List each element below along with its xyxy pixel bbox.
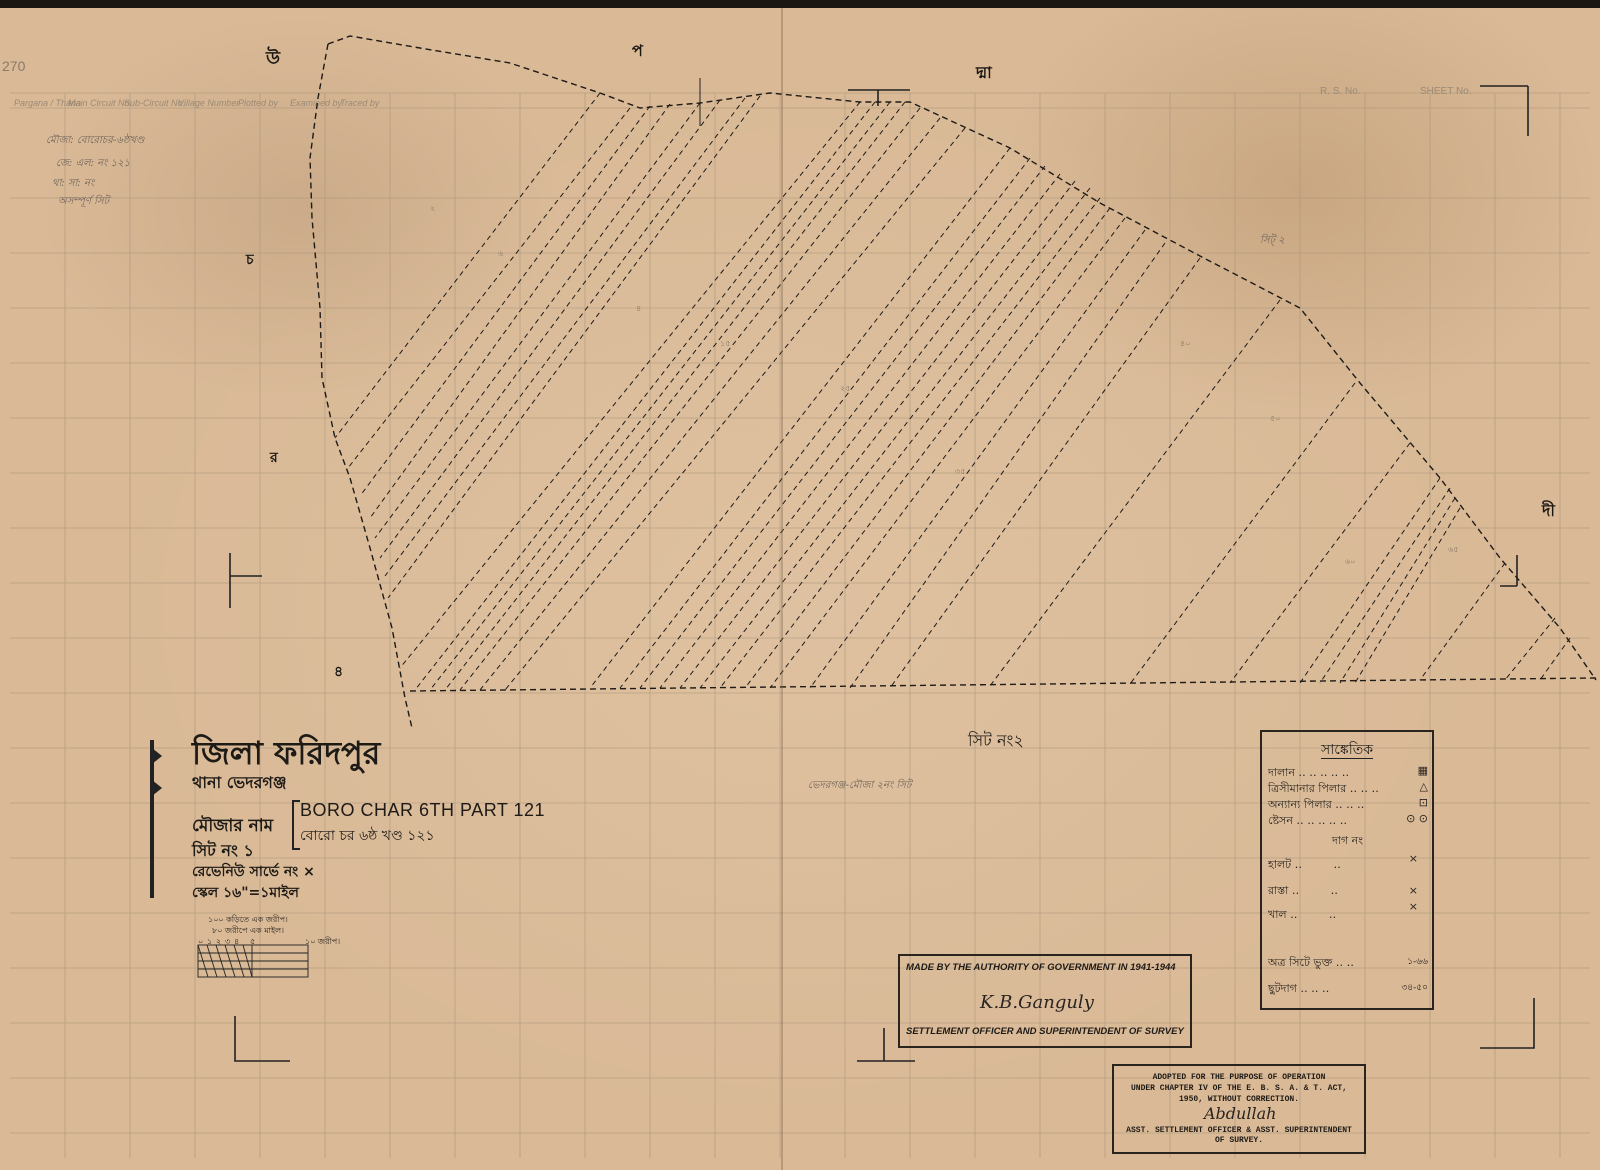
mouza-bracket (292, 800, 300, 850)
sheet-corner-number: 270 (2, 58, 25, 74)
plot-number: ৫০ (1270, 413, 1280, 426)
pencil-note: অসম্পূর্ণ সিট (58, 194, 109, 211)
adoption-line: UNDER CHAPTER IV OF THE E. B. S. A. & T.… (1114, 1083, 1364, 1094)
adjacent-sheet-label: সিট নং২ (968, 728, 1024, 755)
plot-number: ৬০ (1345, 556, 1355, 569)
boundary-letter: চ (246, 248, 254, 272)
dag-value: × (1409, 900, 1418, 913)
header-col-7: Traced by (340, 98, 379, 108)
plot-number: ৩৫ (955, 466, 965, 479)
plot-number: ১৫ (720, 338, 730, 351)
legend-dag-road: রাস্তা ‥ ‥ (1268, 882, 1338, 901)
authority-title: SETTLEMENT OFFICER AND SUPERINTENDENT OF… (906, 1026, 1184, 1037)
rs-no-label: R. S. No. (1320, 86, 1361, 97)
map-scale: স্কেল ১৬"=১মাইল (192, 881, 299, 905)
boundary-letter: ৪ (334, 660, 343, 684)
plot-number: ৪ (636, 303, 641, 316)
legend-box: সাঙ্কেতিক দালান ‥ ‥ ‥ ‥ ‥ ▦ ত্রিসীমানার … (1260, 730, 1434, 1010)
adoption-line: ASST. SETTLEMENT OFFICER & ASST. SUPERIN… (1114, 1126, 1364, 1136)
header-col-2: Main Circuit No. (68, 98, 132, 108)
thana-name: থানা ভেদরগঞ্জ (192, 770, 287, 797)
adoption-line: OF SURVEY. (1114, 1136, 1364, 1146)
scale-tick: ০ (198, 936, 203, 949)
plot-number: ৬ (498, 248, 503, 261)
settlement-officer-signature: K.B.Ganguly (980, 992, 1094, 1013)
pencil-note: ভেদরগঞ্জ-মৌজা ২নং সিট (808, 778, 911, 795)
header-col-3: Sub-Circuit No. (124, 98, 185, 108)
authority-text: MADE BY THE AUTHORITY OF GOVERNMENT IN 1… (906, 962, 1176, 973)
boundary-letter: দ্মা (976, 60, 992, 87)
scale-note: ৮০ জরীপে এক মাইল। (212, 925, 284, 938)
pencil-note: মৌজা: বোরোচর-৬ষ্ঠখণ্ড (46, 133, 144, 150)
legend-item-station: ষ্টেসন ‥ ‥ ‥ ‥ ‥ (1268, 812, 1347, 831)
adoption-box: ADOPTED FOR THE PURPOSE OF OPERATION UND… (1112, 1064, 1366, 1154)
paper-fold (781, 8, 783, 1170)
mouza-name-english: BORO CHAR 6TH PART 121 (300, 800, 545, 821)
legend-dag-halot: হালট ‥ ‥ (1268, 856, 1341, 875)
title-block-ornament (152, 780, 162, 796)
pencil-note: থা: সা: নং (52, 176, 94, 193)
scale-tick: ৫ (250, 936, 255, 949)
station-symbol-icon: ⊙ ⊙ (1406, 812, 1428, 825)
sheet-no-label: SHEET No. (1420, 86, 1472, 97)
mouza-label: মৌজার নাম (192, 813, 273, 841)
triangle-pillar-icon: △ (1420, 780, 1428, 793)
adoption-line: ADOPTED FOR THE PURPOSE OF OPERATION (1114, 1072, 1364, 1083)
pencil-note: জে: এল: নং ১২১ (56, 156, 130, 173)
building-symbol-icon: ▦ (1418, 764, 1428, 777)
square-pillar-icon: ⊡ (1419, 796, 1428, 809)
header-col-6: Examined by (290, 98, 342, 108)
dag-value: × (1409, 884, 1418, 897)
boundary-letter: র (270, 446, 278, 470)
included-plots-value: ১-৬৬ (1407, 954, 1428, 969)
plot-number: ৬৫ (1448, 544, 1458, 557)
boundary-letter: দী (1542, 498, 1555, 525)
dag-value: × (1409, 852, 1418, 865)
scale-tick: ৩ (225, 936, 230, 949)
legend-excluded-plots: ছুটদাগ ‥ ‥ ‥ (1268, 980, 1329, 999)
dag-number-header: দাগ নং (1332, 832, 1363, 851)
boundary-letter: প (632, 38, 643, 65)
boundary-letter: উ (266, 44, 280, 75)
scale-tick: ১ (207, 936, 212, 949)
authority-box: MADE BY THE AUTHORITY OF GOVERNMENT IN 1… (898, 954, 1192, 1048)
legend-included-plots: অত্র সিটে ভুক্ত ‥ ‥ (1268, 954, 1354, 973)
mouza-name-bengali: বোরো চর ৬ষ্ঠ খণ্ড ১২১ (300, 824, 435, 848)
plot-number: ৪০ (1180, 338, 1190, 351)
header-col-5: Plotted by (238, 98, 278, 108)
scale-bar-end: ১০ জরীপ। (305, 936, 340, 949)
title-block-ornament (152, 748, 162, 764)
scale-tick: ৪ (234, 936, 239, 949)
excluded-plots-value: ৩৪-৫০ (1401, 980, 1428, 995)
header-col-4: Village Number (178, 98, 239, 108)
scale-tick: ২ (216, 936, 221, 949)
legend-dag-canal: খাল ‥ ‥ (1268, 906, 1336, 925)
asst-officer-signature: Abdullah (1204, 1104, 1276, 1123)
legend-title: সাঙ্কেতিক (1321, 742, 1373, 759)
plot-number: ২৫ (840, 383, 850, 396)
plot-number: ২ (430, 203, 435, 216)
cadastral-map-sheet: 270 Pargana / Thana Main Circuit No. Sub… (0, 8, 1600, 1170)
pencil-note: সিট্ ২ (1260, 233, 1285, 250)
